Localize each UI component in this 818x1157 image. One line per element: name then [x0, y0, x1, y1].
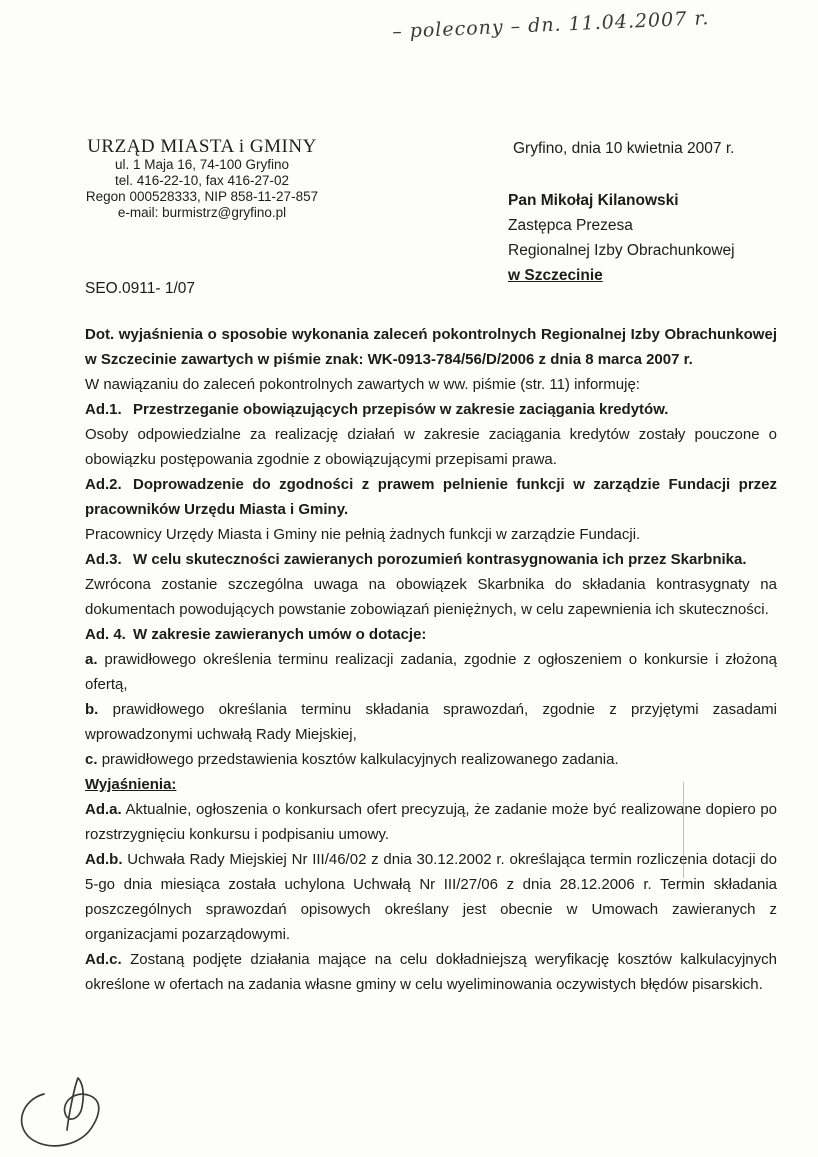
explanation-a-label: Ad.a.: [85, 801, 122, 818]
section-1-label: Ad.1.: [85, 397, 133, 422]
explanation-b-text: Uchwała Rady Miejskiej Nr III/46/02 z dn…: [85, 851, 777, 943]
scanned-letter-page: – polecony – dn. 11.04.2007 r. URZĄD MIA…: [0, 0, 818, 1157]
recipient-block: Pan Mikołaj Kilanowski Zastępca Prezesa …: [508, 188, 735, 288]
letterhead-office-name: URZĄD MIASTA i GMINY: [72, 136, 332, 157]
intro-paragraph: W nawiązaniu do zaleceń pokontrolnych za…: [85, 372, 777, 397]
section-2-body: Pracownicy Urzędy Miasta i Gminy nie peł…: [85, 522, 777, 547]
item-c-text: prawidłowego przedstawienia kosztów kalk…: [102, 751, 619, 768]
recipient-organization: Regionalnej Izby Obrachunkowej: [508, 238, 735, 263]
item-b-text: prawidłowego określania terminu składani…: [85, 701, 777, 743]
explanations-heading: Wyjaśnienia:: [85, 772, 777, 797]
handwritten-postal-note: – polecony – dn. 11.04.2007 r.: [392, 3, 803, 43]
letterhead-address: ul. 1 Maja 16, 74-100 Gryfino: [72, 157, 332, 173]
section-4-heading-text: W zakresie zawieranych umów o dotacje:: [133, 626, 426, 643]
item-a-text: prawidłowego określenia terminu realizac…: [85, 651, 777, 693]
explanation-a: Ad.a. Aktualnie, ogłoszenia o konkursach…: [85, 797, 777, 847]
explanation-c-label: Ad.c.: [85, 951, 122, 968]
section-4-label: Ad. 4.: [85, 622, 133, 647]
section-3-heading: Ad.3.W celu skuteczności zawieranych por…: [85, 547, 777, 572]
section-4-heading: Ad. 4.W zakresie zawieranych umów o dota…: [85, 622, 777, 647]
section-2-heading: Ad.2.Doprowadzenie do zgodności z prawem…: [85, 472, 777, 522]
letterhead-phone-fax: tel. 416-22-10, fax 416-27-02: [72, 173, 332, 189]
section-2-label: Ad.2.: [85, 472, 133, 497]
section-4-item-c: c. prawidłowego przedstawienia kosztów k…: [85, 747, 777, 772]
letterhead-stamp: URZĄD MIASTA i GMINY ul. 1 Maja 16, 74-1…: [72, 136, 332, 221]
explanation-b: Ad.b. Uchwała Rady Miejskiej Nr III/46/0…: [85, 847, 777, 947]
recipient-city: w Szczecinie: [508, 263, 735, 288]
section-1-body: Osoby odpowiedzialne za realizację dział…: [85, 422, 777, 472]
scan-artifact-line: [683, 782, 684, 878]
recipient-title: Zastępca Prezesa: [508, 213, 735, 238]
section-3-body: Zwrócona zostanie szczególna uwaga na ob…: [85, 572, 777, 622]
letter-body: Dot. wyjaśnienia o sposobie wykonania za…: [85, 322, 777, 997]
item-a-label: a.: [85, 651, 98, 668]
section-3-heading-text: W celu skuteczności zawieranych porozumi…: [133, 551, 747, 568]
explanation-c: Ad.c. Zostaną podjęte działania mające n…: [85, 947, 777, 997]
section-3-label: Ad.3.: [85, 547, 133, 572]
item-c-label: c.: [85, 751, 98, 768]
section-4-item-b: b. prawidłowego określania terminu skład…: [85, 697, 777, 747]
explanation-c-text: Zostaną podjęte działania mające na celu…: [85, 951, 777, 993]
letterhead-email: e-mail: burmistrz@gryfino.pl: [72, 205, 332, 221]
recipient-name: Pan Mikołaj Kilanowski: [508, 188, 735, 213]
date-line: Gryfino, dnia 10 kwietnia 2007 r.: [513, 140, 734, 158]
letterhead-regon-nip: Regon 000528333, NIP 858-11-27-857: [72, 189, 332, 205]
section-1-heading-text: Przestrzeganie obowiązujących przepisów …: [133, 401, 668, 418]
section-4-item-a: a. prawidłowego określenia terminu reali…: [85, 647, 777, 697]
reference-number: SEO.0911- 1/07: [85, 280, 195, 298]
item-b-label: b.: [85, 701, 98, 718]
section-2-heading-text: Doprowadzenie do zgodności z prawem peln…: [85, 476, 777, 518]
section-1-heading: Ad.1.Przestrzeganie obowiązujących przep…: [85, 397, 777, 422]
explanation-b-label: Ad.b.: [85, 851, 123, 868]
subject-paragraph: Dot. wyjaśnienia o sposobie wykonania za…: [85, 322, 777, 372]
signature-paraph: [14, 1072, 126, 1154]
explanation-a-text: Aktualnie, ogłoszenia o konkursach ofert…: [85, 801, 777, 843]
